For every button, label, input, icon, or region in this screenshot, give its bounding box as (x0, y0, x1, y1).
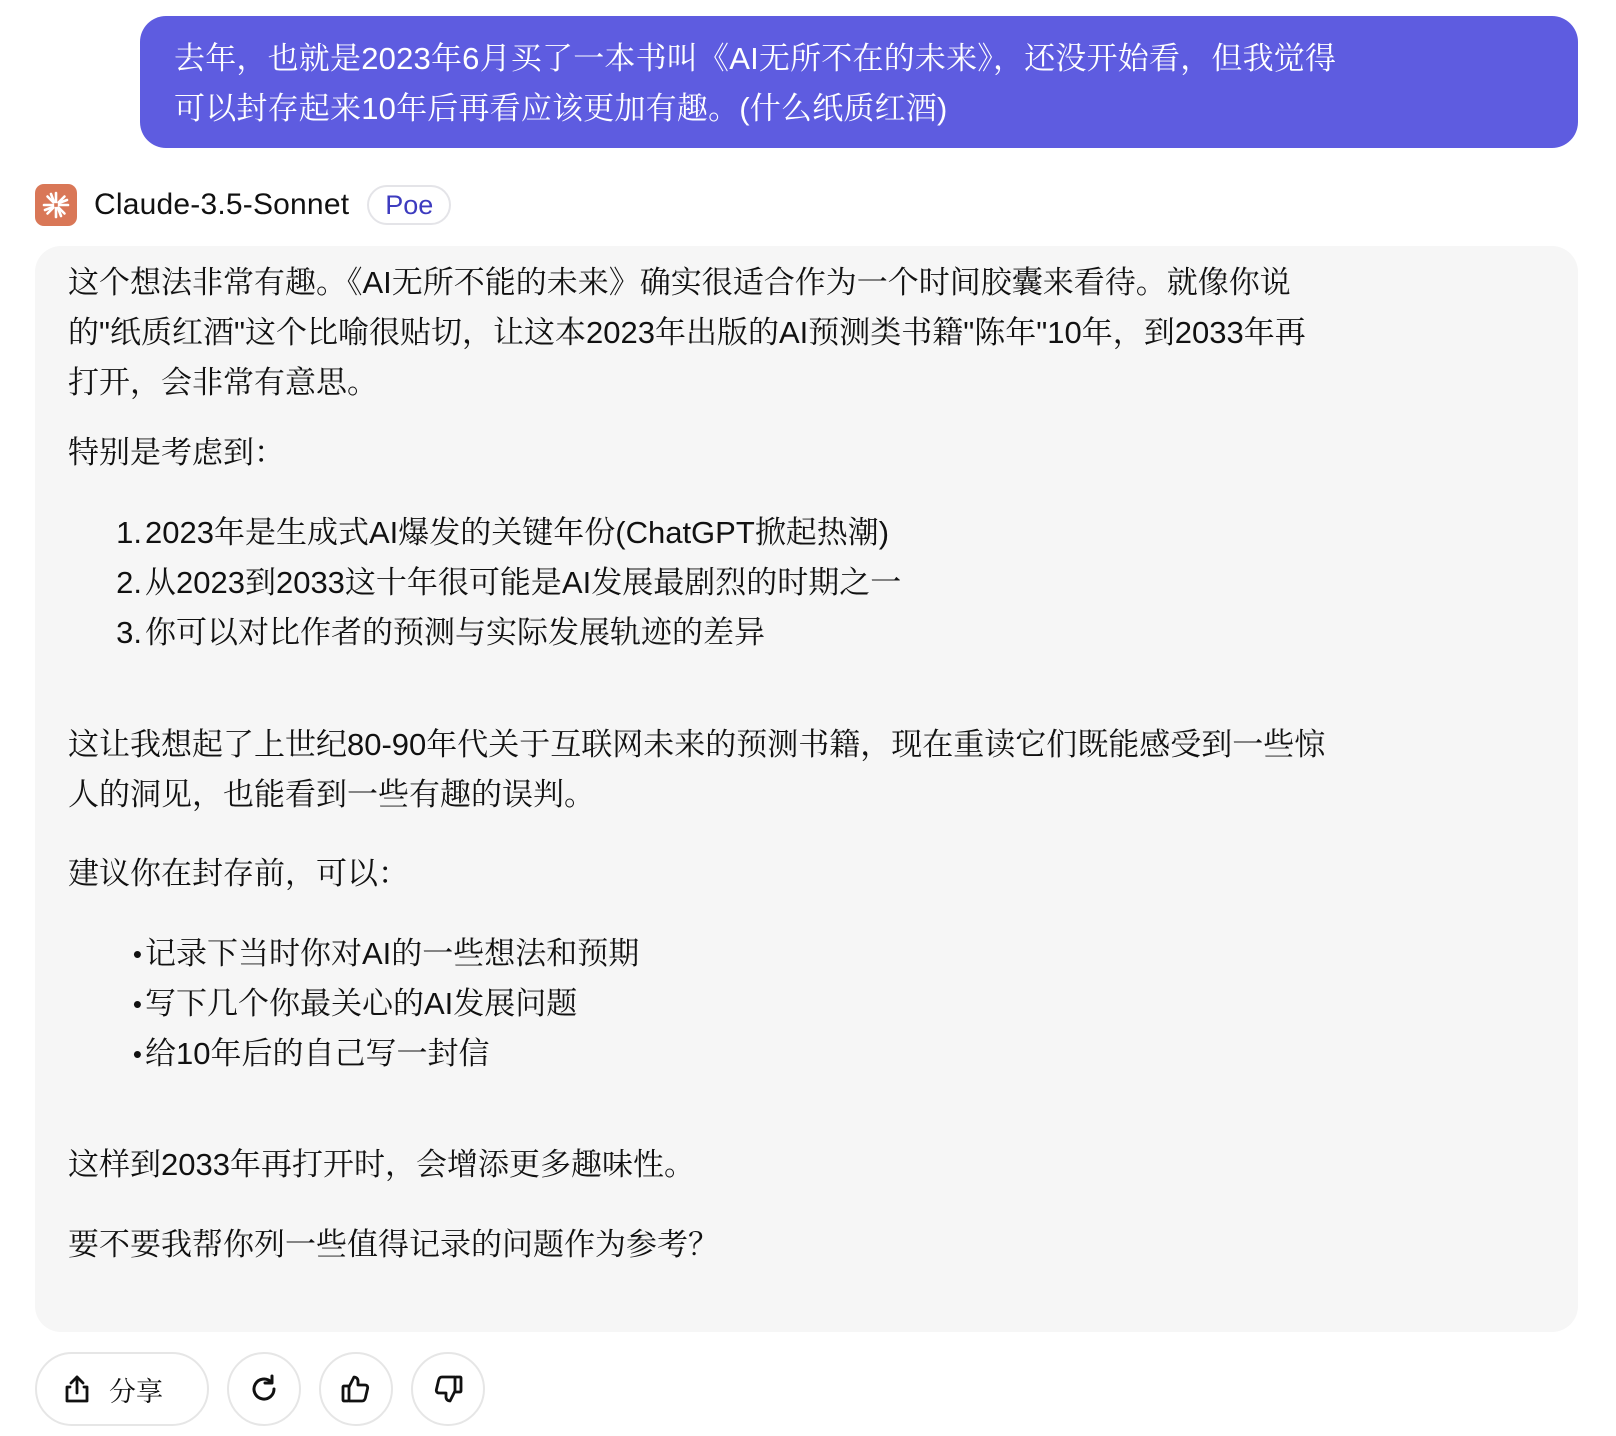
list-item: • 写下几个你最关心的AI发展问题 (68, 979, 1550, 1029)
share-label: 分享 (109, 1370, 163, 1409)
list-item-text: 写下几个你最关心的AI发展问题 (145, 986, 577, 1021)
bot-header: Claude-3.5-Sonnet Poe (35, 182, 451, 228)
list-item: 3. 你可以对比作者的预测与实际发展轨迹的差异 (68, 608, 1550, 658)
user-message-line: 去年，也就是2023年6月买了一本书叫《AI无所不在的未来》，还没开始看，但我觉… (174, 34, 1544, 84)
list-item-text: 从2023到2033这十年很可能是AI发展最剧烈的时期之一 (145, 565, 901, 600)
list-item: 2. 从2023到2033这十年很可能是AI发展最剧烈的时期之一 (68, 558, 1550, 608)
dislike-button[interactable] (411, 1352, 485, 1426)
retry-button[interactable] (227, 1352, 301, 1426)
message-action-bar: 分享 (35, 1352, 485, 1426)
list-item-text: 给10年后的自己写一封信 (145, 1036, 489, 1071)
like-button[interactable] (319, 1352, 393, 1426)
list-item-text: 记录下当时你对AI的一些想法和预期 (145, 936, 639, 971)
closing-paragraph: 这样到2033年再打开时，会增添更多趣味性。 (68, 1140, 1550, 1190)
reminder-line: 这让我想起了上世纪80-90年代关于互联网未来的预测书籍，现在重读它们既能感受到… (68, 720, 1550, 770)
user-message-line: 可以封存起来10年后再看应该更加有趣。(什么纸质红酒) (174, 84, 1544, 134)
bullet-marker: • (68, 979, 142, 1029)
bullet-list: • 记录下当时你对AI的一些想法和预期 • 写下几个你最关心的AI发展问题 • … (68, 929, 1550, 1079)
list-item-text: 你可以对比作者的预测与实际发展轨迹的差异 (145, 615, 765, 650)
list-marker: 1. (68, 508, 142, 558)
intro-line: 的"纸质红酒"这个比喻很贴切，让这本2023年出版的AI预测类书籍"陈年"10年… (68, 308, 1550, 358)
reminder-paragraph: 这让我想起了上世纪80-90年代关于互联网未来的预测书籍，现在重读它们既能感受到… (68, 720, 1550, 820)
list-item-text: 2023年是生成式AI爆发的关键年份(ChatGPT掀起热潮) (145, 515, 889, 550)
intro-line: 这个想法非常有趣。《AI无所不能的未来》确实很适合作为一个时间胶囊来看待。就像你… (68, 258, 1550, 308)
claude-sunburst-icon[interactable] (35, 184, 77, 226)
list-item: 1. 2023年是生成式AI爆发的关键年份(ChatGPT掀起热潮) (68, 508, 1550, 558)
followup-question: 要不要我帮你列一些值得记录的问题作为参考？ (68, 1220, 1550, 1270)
bot-platform-badge: Poe (367, 185, 451, 225)
intro-paragraph: 这个想法非常有趣。《AI无所不能的未来》确实很适合作为一个时间胶囊来看待。就像你… (68, 258, 1550, 408)
share-button[interactable]: 分享 (35, 1352, 209, 1426)
thumbs-up-icon (339, 1372, 373, 1406)
user-message-bubble: 去年，也就是2023年6月买了一本书叫《AI无所不在的未来》，还没开始看，但我觉… (140, 16, 1578, 148)
list-item: • 记录下当时你对AI的一些想法和预期 (68, 929, 1550, 979)
list-marker: 3. (68, 608, 142, 658)
share-icon (61, 1373, 93, 1405)
list-item: • 给10年后的自己写一封信 (68, 1029, 1550, 1079)
consider-heading: 特别是考虑到： (68, 428, 1550, 478)
intro-line: 打开，会非常有意思。 (68, 358, 1550, 408)
thumbs-down-icon (431, 1372, 465, 1406)
bullet-marker: • (68, 1029, 142, 1079)
bot-name[interactable]: Claude-3.5-Sonnet (94, 188, 349, 222)
refresh-icon (247, 1372, 281, 1406)
reminder-line: 人的洞见，也能看到一些有趣的误判。 (68, 770, 1550, 820)
list-marker: 2. (68, 558, 142, 608)
numbered-list: 1. 2023年是生成式AI爆发的关键年份(ChatGPT掀起热潮) 2. 从2… (68, 508, 1550, 658)
bot-message-bubble: 这个想法非常有趣。《AI无所不能的未来》确实很适合作为一个时间胶囊来看待。就像你… (35, 246, 1578, 1332)
suggest-heading: 建议你在封存前，可以： (68, 849, 1550, 899)
bullet-marker: • (68, 929, 142, 979)
